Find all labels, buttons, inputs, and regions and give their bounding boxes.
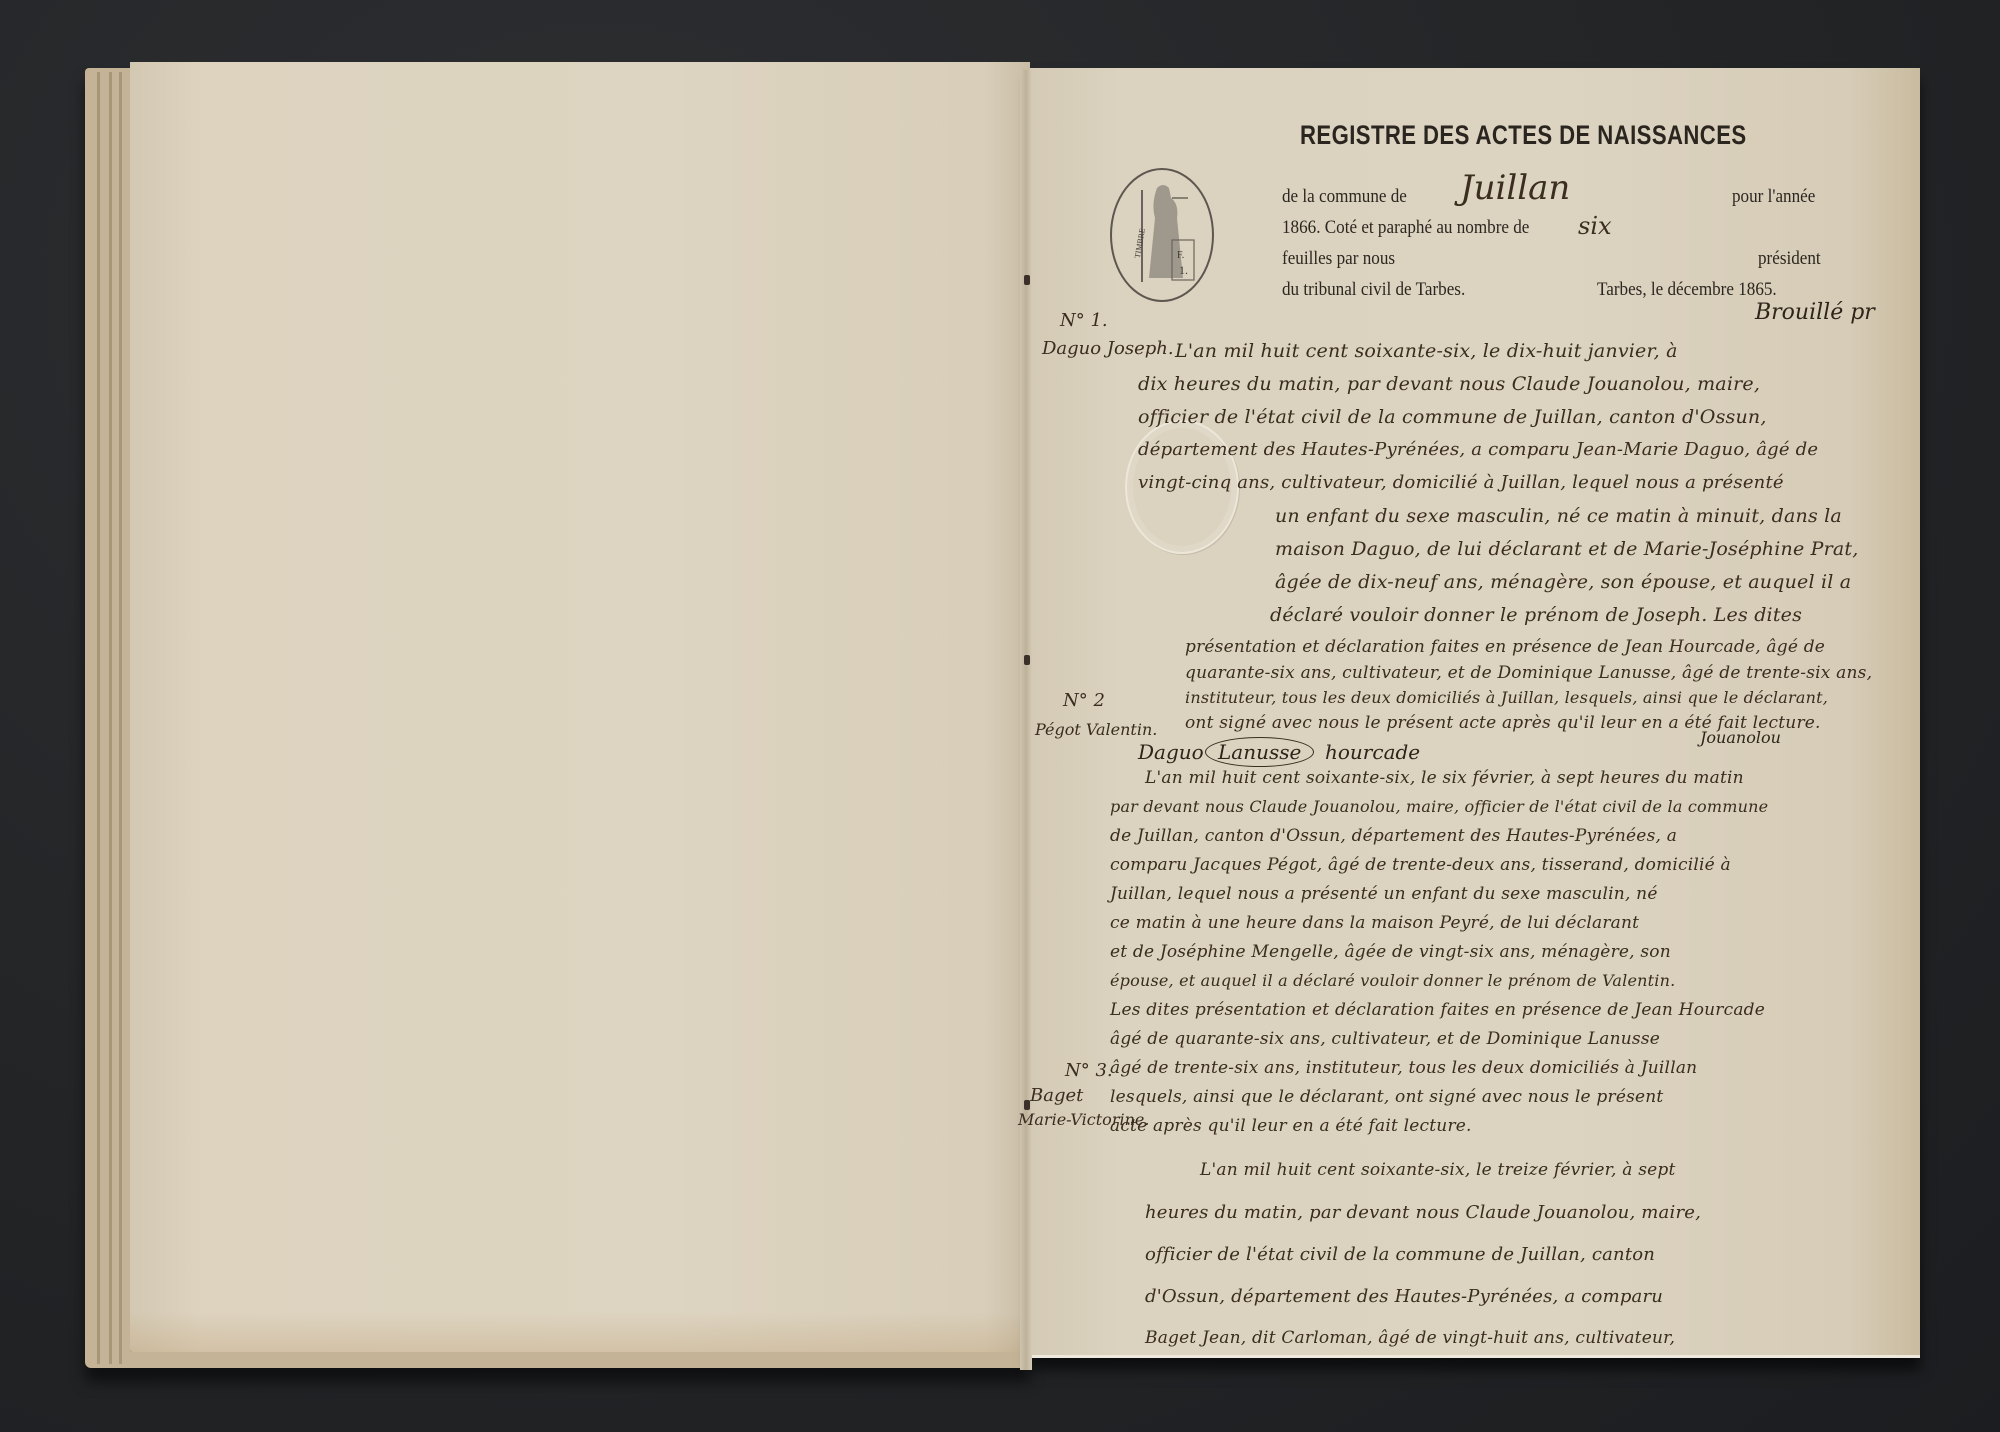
entry-2-line: L'an mil huit cent soixante-six, le six … xyxy=(1145,768,1744,788)
signature-declarant: Daguo xyxy=(1138,740,1204,764)
entry-1-line: âgée de dix-neuf ans, ménagère, son épou… xyxy=(1275,571,1851,593)
left-page-blank xyxy=(130,62,1030,1352)
timbre-imperial-stamp-icon: F. 1. TIMBRE IMPERIAL xyxy=(1110,168,1214,302)
header-line1-prefix: de la commune de xyxy=(1282,186,1407,208)
header-line4-prefix: du tribunal civil de Tarbes. xyxy=(1282,279,1465,301)
entry-1-line: instituteur, tous les deux domiciliés à … xyxy=(1185,688,1828,707)
entry-2-line: lesquels, ainsi que le déclarant, ont si… xyxy=(1110,1087,1663,1107)
entry-2-line: âgé de trente-six ans, instituteur, tous… xyxy=(1110,1058,1697,1078)
entry-2-line: ce matin à une heure dans la maison Peyr… xyxy=(1110,913,1639,933)
entry-3-line: L'an mil huit cent soixante-six, le trei… xyxy=(1200,1160,1676,1180)
signature-witness: hourcade xyxy=(1325,740,1420,764)
entry-2-line: par devant nous Claude Jouanolou, maire,… xyxy=(1110,797,1768,816)
entry-3-line: heures du matin, par devant nous Claude … xyxy=(1145,1202,1701,1223)
entry-3-number: N° 3. xyxy=(1065,1060,1113,1081)
entry-1-line: déclaré vouloir donner le prénom de Jose… xyxy=(1270,604,1802,626)
entry-1-line: maison Daguo, de lui déclarant et de Mar… xyxy=(1275,538,1859,560)
entry-2-line: et de Joséphine Mengelle, âgée de vingt-… xyxy=(1110,942,1671,962)
signature-witness: Lanusse xyxy=(1205,737,1314,767)
entry-2-line: de Juillan, canton d'Ossun, département … xyxy=(1110,826,1677,846)
entry-1-number: N° 1. xyxy=(1060,310,1108,331)
sheet-count-handwritten: six xyxy=(1578,212,1612,240)
entry-2-line: âgé de quarante-six ans, cultivateur, et… xyxy=(1110,1029,1660,1049)
entry-3-line: officier de l'état civil de la commune d… xyxy=(1145,1244,1655,1265)
svg-text:1.: 1. xyxy=(1179,263,1188,277)
binding-stitch xyxy=(1024,275,1030,285)
entry-2-line: comparu Jacques Pégot, âgé de trente-deu… xyxy=(1110,855,1731,875)
svg-text:F.: F. xyxy=(1177,250,1184,261)
binding-stitch xyxy=(1024,655,1030,665)
entry-2-line: épouse, et auquel il a déclaré vouloir d… xyxy=(1110,971,1675,990)
entry-1-line: présentation et déclaration faites en pr… xyxy=(1185,637,1825,657)
entry-2-name: Pégot Valentin. xyxy=(1035,720,1157,739)
entry-3-line: Baget Jean, dit Carloman, âgé de vingt-h… xyxy=(1145,1328,1675,1348)
entry-3-name-line1: Baget xyxy=(1030,1085,1083,1106)
entry-1-line: vingt-cinq ans, cultivateur, domicilié à… xyxy=(1138,472,1784,493)
entry-2-line: Juillan, lequel nous a présenté un enfan… xyxy=(1110,884,1658,904)
header-line1-suffix: pour l'année xyxy=(1732,186,1815,208)
register-title: REGISTRE DES ACTES DE NAISSANCES xyxy=(1300,120,1677,151)
entry-1-line: département des Hautes-Pyrénées, a compa… xyxy=(1138,439,1818,460)
entry-3-name-line2: Marie-Victorine. xyxy=(1018,1110,1149,1129)
page-edge xyxy=(109,72,112,1364)
svg-text:TIMBRE: TIMBRE xyxy=(1133,227,1147,258)
entry-1-line: un enfant du sexe masculin, né ce matin … xyxy=(1275,505,1842,527)
header-line4-suffix: Tarbes, le décembre 1865. xyxy=(1597,279,1777,301)
header-line2-prefix: 1866. Coté et paraphé au nombre de xyxy=(1282,217,1529,239)
entry-1-line: officier de l'état civil de la commune d… xyxy=(1138,406,1767,428)
entry-1-line: dix heures du matin, par devant nous Cla… xyxy=(1138,373,1760,395)
entry-2-line: Les dites présentation et déclaration fa… xyxy=(1110,1000,1765,1020)
svg-text:IMPERIAL: IMPERIAL xyxy=(1211,215,1212,254)
entry-1-line: L'an mil huit cent soixante-six, le dix-… xyxy=(1175,340,1678,362)
header-line3-prefix: feuilles par nous xyxy=(1282,248,1395,270)
entry-1-line: quarante-six ans, cultivateur, et de Dom… xyxy=(1185,663,1872,683)
entry-2-number: N° 2 xyxy=(1063,690,1105,711)
signature-mayor: Jouanolou xyxy=(1700,728,1781,747)
page-edge xyxy=(119,72,122,1364)
entry-2-line: acte après qu'il leur en a été fait lect… xyxy=(1110,1116,1472,1136)
entry-1-name: Daguo Joseph. xyxy=(1042,338,1174,359)
commune-name-handwritten: Juillan xyxy=(1460,168,1570,208)
entry-3-line: d'Ossun, département des Hautes-Pyrénées… xyxy=(1145,1286,1663,1307)
president-signature: Brouillé pr xyxy=(1755,300,1875,325)
header-line3-suffix: président xyxy=(1758,248,1821,270)
page-edge xyxy=(97,72,100,1364)
book-gutter xyxy=(1020,70,1032,1370)
